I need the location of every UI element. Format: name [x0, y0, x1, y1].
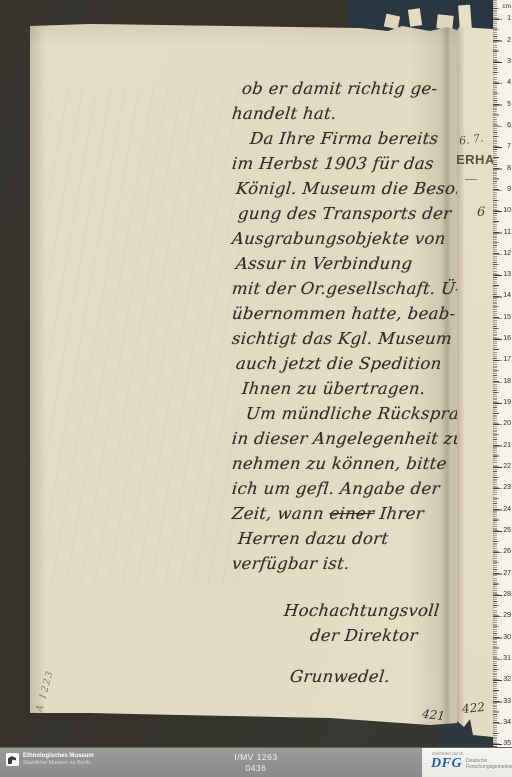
letter-page: ob er damit richtig ge-handelt hat.Da Ih… — [30, 24, 457, 727]
ruler-number: 33 — [503, 698, 511, 706]
handwriting-mark: 6 — [477, 205, 485, 220]
archive-signature-vertical: XA 1223 — [32, 669, 56, 721]
handwriting-line: Um mündliche Rücksprache — [245, 401, 464, 426]
ruler-number: 26 — [503, 548, 511, 556]
ruler-number: 28 — [503, 591, 511, 599]
handwriting-line: im Herbst 1903 für das — [231, 151, 464, 176]
next-page-edge: 6. 7. ERHAR 6 422 — [457, 27, 493, 737]
handwriting-line: ob er damit richtig ge- — [241, 76, 464, 101]
ruler-number: 10 — [503, 207, 511, 215]
ruler-number: 23 — [503, 484, 511, 492]
ruler-number: 31 — [503, 655, 511, 663]
ruler-number: 22 — [503, 463, 511, 471]
ruler-unit-label: cm — [502, 3, 511, 10]
ruler-number: 18 — [503, 378, 511, 386]
handwriting-line: verfügbar ist. — [231, 551, 464, 576]
showthrough-ghost — [40, 84, 240, 584]
ruler-number: 24 — [503, 506, 511, 514]
dfg-logo-panel: Gefördert durch DFG Deutsche Forschungsg… — [422, 748, 512, 777]
ruler-number: 14 — [503, 292, 511, 300]
dfg-logo: DFG — [431, 756, 462, 772]
handwriting-line: Ausgrabungsobjekte von — [231, 226, 464, 251]
ruler-number: 9 — [507, 186, 511, 194]
handwriting-line: Grunwedel. — [289, 664, 464, 689]
handwriting-line: Ihnen zu übertragen. — [241, 376, 464, 401]
ruler-number: 12 — [503, 250, 511, 258]
folio-number-next: 422 — [461, 700, 485, 716]
letterhead-rule — [465, 179, 477, 180]
torn-paper-fragment — [384, 14, 400, 30]
handwriting-line: Assur in Verbindung — [235, 251, 464, 276]
torn-paper-fragment — [436, 14, 453, 30]
ruler-number: 8 — [507, 165, 511, 173]
handwriting-line: übernommen hatte, beab- — [231, 301, 464, 326]
footer-bar: Ethnologisches Museum Staatliche Museen … — [0, 747, 512, 777]
ruler-number: 16 — [503, 335, 511, 343]
ruler-number: 34 — [503, 719, 511, 727]
ruler-number: 5 — [507, 101, 511, 109]
torn-paper-fragment — [408, 8, 422, 27]
handwriting-line: nehmen zu können, bitte — [231, 451, 464, 476]
dfg-name-line2: Forschungsgemeinschaft — [466, 764, 512, 770]
ruler-number: 20 — [503, 420, 511, 428]
handwriting-line: Da Ihre Firma bereits — [249, 126, 464, 151]
archival-scan: ob er damit richtig ge-handelt hat.Da Ih… — [0, 0, 512, 777]
handwriting-line: mit der Or.gesellschaft. Ü- — [231, 276, 464, 301]
ruler-number: 21 — [503, 442, 511, 450]
torn-paper-fragment — [458, 5, 472, 31]
ruler-cm-ticks — [493, 0, 502, 748]
handwriting-line: auch jetzt die Spedition — [235, 351, 464, 376]
handwriting-line: Hochachtungsvoll — [283, 598, 464, 623]
handwriting-line: handelt hat. — [231, 101, 464, 126]
handwriting-line: Königl. Museum die Besor- — [235, 176, 464, 201]
handwriting-line: Zeit, wann einer Ihrer — [231, 501, 464, 526]
ruler-number: 19 — [503, 399, 511, 407]
ruler-number: 30 — [503, 634, 511, 642]
ruler-number: 11 — [504, 229, 511, 237]
ruler-number: 29 — [503, 612, 511, 620]
ruler-number: 15 — [503, 314, 511, 322]
dfg-name: Deutsche Forschungsgemeinschaft — [466, 758, 512, 770]
handwriting-line: der Direktor — [309, 623, 464, 648]
ruler-number: 25 — [503, 527, 511, 535]
ruler-number: 17 — [503, 356, 511, 364]
ruler-number: 13 — [503, 271, 511, 279]
ruler-number: 4 — [507, 79, 511, 87]
ruler-number: 27 — [503, 570, 511, 578]
ruler-number: 6 — [507, 122, 511, 130]
handwriting-line: in dieser Angelegenheit zu — [231, 426, 464, 451]
handwritten-date-note: 6. 7. — [458, 131, 484, 147]
ruler-number: 3 — [507, 58, 511, 66]
measuring-ruler: cm 1234567891011121314151617181920212223… — [493, 0, 512, 747]
ruler-number: 32 — [503, 676, 511, 684]
handwriting-line: ich um gefl. Angabe der — [231, 476, 464, 501]
handwriting-line: Herren dazu dort — [237, 526, 464, 551]
handwriting-line: gung des Transports der — [237, 201, 464, 226]
ruler-number: 7 — [507, 143, 511, 151]
handwriting-line: sichtigt das Kgl. Museum — [231, 326, 464, 351]
letter-body: ob er damit richtig ge-handelt hat.Da Ih… — [232, 76, 462, 689]
folio-number: 421 — [421, 707, 445, 724]
ruler-number: 1 — [507, 15, 511, 23]
ruler-number: 2 — [507, 37, 511, 45]
